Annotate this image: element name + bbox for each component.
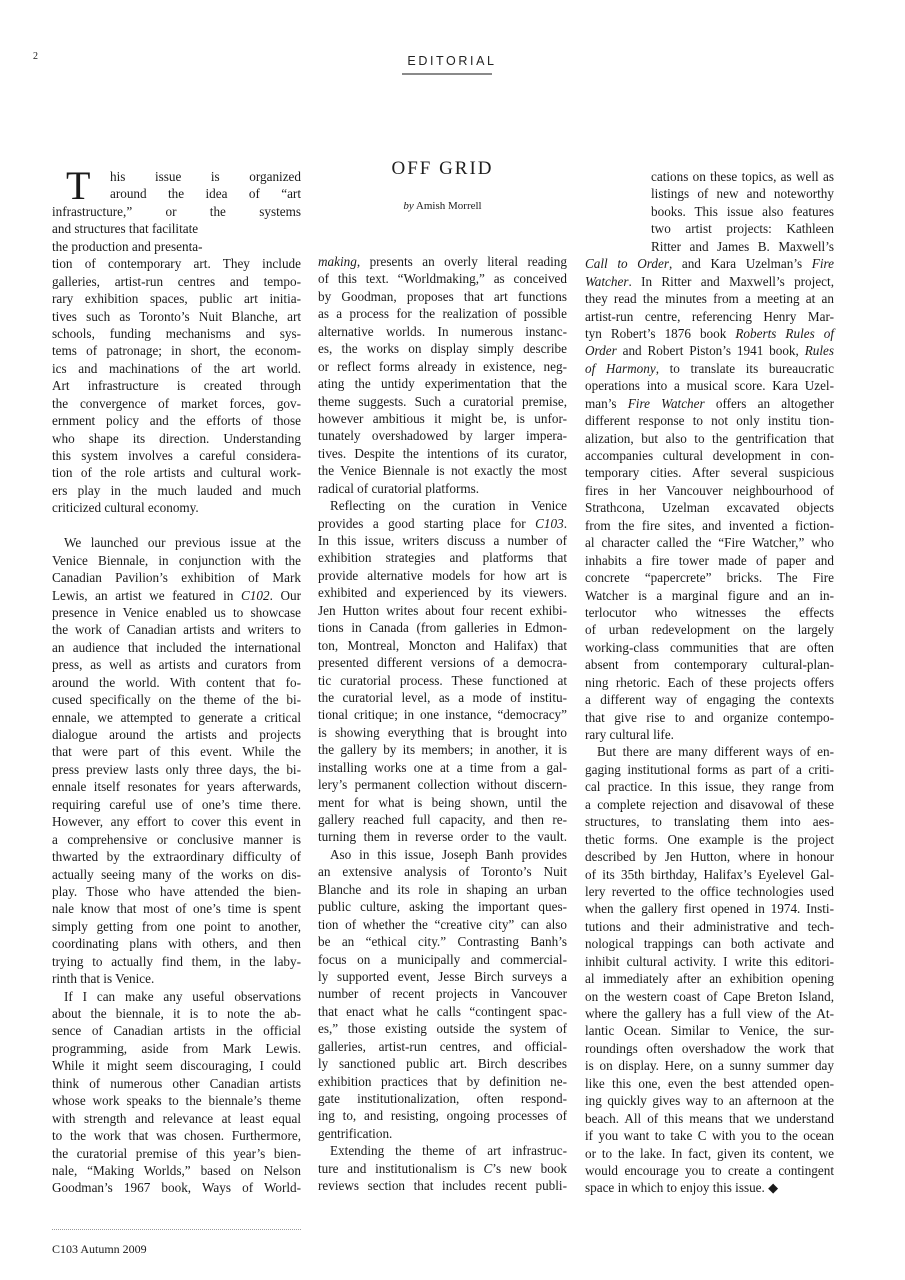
text-line: they read the minutes from a meeting at … [585, 290, 834, 307]
text-line: Ritter and James B. Maxwell’s [585, 238, 834, 255]
text-line: alization, but also to the gentrificatio… [585, 430, 834, 447]
text-line: different response to not only institu t… [585, 412, 834, 429]
text-line: listings of new and noteworthy [585, 185, 834, 202]
text-line: rary exhibition spaces, public art initi… [52, 290, 301, 307]
text-line: concrete “papercrete” bricks. The Fire [585, 569, 834, 586]
text-line: if you want to take C with you to the oc… [585, 1127, 834, 1144]
text-line: ment for what is being shown, until the [318, 794, 567, 811]
text-line: infrastructure,” or the systems [52, 203, 301, 220]
text-line: ton, Montreal, Moncton and Halifax) that [318, 637, 567, 654]
text-line: fires in her Vancouver neighbourhood of [585, 482, 834, 499]
text-line: to the work that was chosen. Furthermore… [52, 1127, 301, 1144]
text-line: think of numerous other Canadian artists [52, 1075, 301, 1092]
text-line: when the gallery first opened in 1974. I… [585, 900, 834, 917]
text-line: around the world. With content that fo- [52, 674, 301, 691]
text-line: gaging institutional forms as part of a … [585, 761, 834, 778]
text-line: the Venice Biennale is not exactly the m… [318, 462, 567, 479]
text-line: temporary cities. After several suspicio… [585, 464, 834, 481]
text-line: tives such as Toronto’s Nuit Blanche, ar… [52, 308, 301, 325]
text-line: Goodman’s 1967 book, Ways of World- [52, 1179, 301, 1196]
text-line: tion of the role artists and cultural wo… [52, 464, 301, 481]
text-line: press preview lasts only three days, the… [52, 761, 301, 778]
text-line: as a process for the realization of poss… [318, 305, 567, 322]
text-line: provides a good starting place for C103. [318, 515, 567, 532]
text-line: gallery reached full capacity, and then … [318, 811, 567, 828]
text-line: artist-run centre, referencing Henry Mar… [585, 308, 834, 325]
text-line: press, as well as artists and curators f… [52, 656, 301, 673]
text-line: play. Those who have attended the bien- [52, 883, 301, 900]
text-line: this system involves a careful considera… [52, 447, 301, 464]
text-line: gate institutionalization, often respond… [318, 1090, 567, 1107]
text-line: al immediately after an exhibition openi… [585, 970, 834, 987]
text-line: the production and presenta- [52, 238, 301, 255]
text-line: nological trappings can both activate an… [585, 935, 834, 952]
text-line: alternative worlds. In numerous instanc- [318, 323, 567, 340]
text-line: sence of Canadian artists in the officia… [52, 1022, 301, 1039]
article-column-2: making, presents an overly literal readi… [318, 253, 567, 1195]
text-line: exhibition strategies and platforms that [318, 549, 567, 566]
text-line: galleries, artist-run centres, and offic… [318, 1038, 567, 1055]
text-line: nale know that most of one’s time is spe… [52, 900, 301, 917]
text-line: tic curatorial process. These functioned… [318, 672, 567, 689]
text-line: absent from contemporary cultural-plan- [585, 656, 834, 673]
text-line: turning them in reverse order to the vau… [318, 828, 567, 845]
text-line: tems of patronage; in short, the econom- [52, 342, 301, 359]
article-column-1: his issue is organizedaround the idea of… [52, 168, 301, 1197]
text-line: or to the lake. In fact, given its conte… [585, 1145, 834, 1162]
text-line: structures, to translating them into aes… [585, 813, 834, 830]
text-line: the convergence of market forces, gov- [52, 395, 301, 412]
text-line: public culture, asking the important que… [318, 898, 567, 915]
text-line: trying to actually find them, in the lab… [52, 953, 301, 970]
text-line: provide alternative models for how art i… [318, 567, 567, 584]
text-line: tyn Robert’s 1876 book Roberts Rules of [585, 325, 834, 342]
text-line: ating the untidy experimentation that th… [318, 375, 567, 392]
text-line: But there are many different ways of en- [585, 743, 834, 760]
text-line: operations into a musical score. Kara Uz… [585, 377, 834, 394]
text-line: tion of whether the “creative city” can … [318, 916, 567, 933]
author-name: Amish Morrell [416, 200, 482, 212]
text-line [52, 517, 301, 534]
text-line: inhibit cultural activity. I write this … [585, 953, 834, 970]
text-line: ics and machinations of the art world. [52, 360, 301, 377]
text-line: accompanies cultural development in con- [585, 447, 834, 464]
text-line: ly supported event, Jesse Birch surveys … [318, 968, 567, 985]
text-line: actually seeing many of the works on dis… [52, 866, 301, 883]
text-line: ning rhetoric. Each of these projects of… [585, 674, 834, 691]
text-line: Order and Robert Piston’s 1941 book, Rul… [585, 342, 834, 359]
text-line: where the gallery has a full view of the… [585, 1005, 834, 1022]
text-line: lantic Ocean. Similar to Venice, the sur… [585, 1022, 834, 1039]
text-line: requiring careful use of one’s time ther… [52, 796, 301, 813]
text-line: is showing everything that is brought in… [318, 724, 567, 741]
text-line: number of recent projects in Vancouver [318, 985, 567, 1002]
text-line: Art infrastructure is created through [52, 377, 301, 394]
text-line: radical of curatorial platforms. [318, 480, 567, 497]
text-line: ly sanctioned public art. Birch describe… [318, 1055, 567, 1072]
text-line: that were part of this event. While the [52, 743, 301, 760]
text-line: rinth that is Venice. [52, 970, 301, 987]
text-line: simply getting from one point to another… [52, 918, 301, 935]
byline-prefix: by [403, 200, 413, 212]
text-line: Blanche and its role in shaping an urban [318, 881, 567, 898]
text-line: Watcher. In Ritter and Maxwell’s project… [585, 273, 834, 290]
text-line: exhibited and experienced by its viewers… [318, 584, 567, 601]
text-line: Lewis, an artist we featured in C102. Ou… [52, 587, 301, 604]
text-line: cal practice. In this issue, they range … [585, 778, 834, 795]
text-line: Watcher is a marginal figure and an in- [585, 587, 834, 604]
text-line: cused specifically on the theme of the b… [52, 691, 301, 708]
text-line: however ambitious it might be, is unfor- [318, 410, 567, 427]
text-line: the gallery by its members; in another, … [318, 741, 567, 758]
text-line: exhibition practices that by definition … [318, 1073, 567, 1090]
text-line: a complete rejection and disavowal of th… [585, 796, 834, 813]
text-line: a different way of engaging the contexts [585, 691, 834, 708]
text-line: We launched our previous issue at the [52, 534, 301, 551]
text-line: dialogue around the artists and projects [52, 726, 301, 743]
text-line: ing quickly gives way to an afternoon at… [585, 1092, 834, 1109]
text-line: Call to Order, and Kara Uzelman’s Fire [585, 255, 834, 272]
text-line: or reflect forms already in existence, n… [318, 358, 567, 375]
text-line: nale, “Making Worlds,” based on Nelson [52, 1162, 301, 1179]
text-line: es,” those existing outside the system o… [318, 1020, 567, 1037]
text-line: an extensive analysis of Toronto’s Nuit [318, 863, 567, 880]
text-line: ennale itself resonates for years afterw… [52, 778, 301, 795]
text-line: cations on these topics, as well as [585, 168, 834, 185]
text-line: a comprehensive or conclusive manner is [52, 831, 301, 848]
text-line: ernment policy and the efforts of those [52, 412, 301, 429]
text-line: theme suggests. Such a curatorial premis… [318, 393, 567, 410]
text-line: from the fire sites, and invented a fict… [585, 517, 834, 534]
text-line: on the western coast of Cape Breton Isla… [585, 988, 834, 1005]
text-line: beach. All of this means that we underst… [585, 1110, 834, 1127]
text-line: presence in Venice enabled us to showcas… [52, 604, 301, 621]
text-line: is on display. Here, on a sunny summer d… [585, 1057, 834, 1074]
text-line: by Goodman, proposes that art functions [318, 288, 567, 305]
text-line: like this one, even the best attended op… [585, 1075, 834, 1092]
text-line: While it might seem discouraging, I coul… [52, 1057, 301, 1074]
section-header: EDITORIAL [352, 54, 552, 68]
text-line: roundings often overshadow the work that [585, 1040, 834, 1057]
text-line: Extending the theme of art infrastruc- [318, 1142, 567, 1159]
text-line: the curatorial premise of this year’s bi… [52, 1145, 301, 1162]
text-line: of its 35th birthday, Halifax’s Eyelevel… [585, 866, 834, 883]
text-line: his issue is organized [52, 168, 301, 185]
text-line: around the idea of “art [52, 185, 301, 202]
text-line: ers play in the much lauded and much [52, 482, 301, 499]
text-line: coordinating plans with others, and then [52, 935, 301, 952]
text-line: with strength and relevance at least equ… [52, 1110, 301, 1127]
issue-footer: C103 Autumn 2009 [52, 1242, 147, 1257]
text-line: If I can make any useful observations [52, 988, 301, 1005]
text-line: focus on a municipally and commercial- [318, 951, 567, 968]
text-line: galleries, artist-run centres and tempo- [52, 273, 301, 290]
page-number: 2 [33, 51, 38, 62]
text-line: Reflecting on the curation in Venice [318, 497, 567, 514]
text-line: tives. Despite the intentions of its cur… [318, 445, 567, 462]
text-line: al character called the “Fire Watcher,” … [585, 534, 834, 551]
text-line: es, the works on display simply describe [318, 340, 567, 357]
text-line: thwarted by the extraordinary difficulty… [52, 848, 301, 865]
text-line: ing to, and resisting, ongoing processes… [318, 1107, 567, 1124]
text-line: gentrification. [318, 1125, 567, 1142]
text-line: two artist projects: Kathleen [585, 220, 834, 237]
text-line: ennale, we attempted to generate a criti… [52, 709, 301, 726]
text-line: Aso in this issue, Joseph Banh provides [318, 846, 567, 863]
text-line: rary cultural life. [585, 726, 834, 743]
text-line: programming, aside from Mark Lewis. [52, 1040, 301, 1057]
text-line: However, any effort to cover this event … [52, 813, 301, 830]
text-line: ture and institutionalism is C’s new boo… [318, 1160, 567, 1177]
text-line: tions in Canada (from galleries in Edmon… [318, 619, 567, 636]
text-line: schools, funding mechanisms and sys- [52, 325, 301, 342]
text-line: of this text. “Worldmaking,” as conceive… [318, 270, 567, 287]
text-line: In this issue, writers discuss a number … [318, 532, 567, 549]
text-line: the work of Canadian artists and writers… [52, 621, 301, 638]
text-line: that enact what he calls “contingent spa… [318, 1003, 567, 1020]
text-line: Venice Biennale, in conjunction with the [52, 552, 301, 569]
text-line: tional critique; in one instance, “democ… [318, 706, 567, 723]
text-line: presented different versions of a democr… [318, 654, 567, 671]
text-line: Canadian Pavilion’s exhibition of Mark [52, 569, 301, 586]
text-line: the curatorial level, as a mode of insti… [318, 689, 567, 706]
text-line: working-class communities that are often [585, 639, 834, 656]
text-line: would encourage you to create a continge… [585, 1162, 834, 1179]
text-line: man’s Fire Watcher offers an altogether [585, 395, 834, 412]
text-line: who shape its direction. Understanding [52, 430, 301, 447]
footer-divider [52, 1229, 301, 1230]
text-line: tutions and their administrative and tec… [585, 918, 834, 935]
text-line: reviews section that includes recent pub… [318, 1177, 567, 1194]
byline: by Amish Morrell [318, 200, 567, 212]
text-line: that give rise to and organize contempo- [585, 709, 834, 726]
text-line: making, presents an overly literal readi… [318, 253, 567, 270]
article-column-3: cations on these topics, as well aslisti… [585, 168, 834, 1197]
text-line: books. This issue also features [585, 203, 834, 220]
text-line: Jen Hutton writes about four recent exhi… [318, 602, 567, 619]
text-line: about the biennale, it is to note the ab… [52, 1005, 301, 1022]
text-line: of urban redevelopment on the largely [585, 621, 834, 638]
text-line: lery reverted to the office technologies… [585, 883, 834, 900]
text-line: whose work speaks to the biennale’s them… [52, 1092, 301, 1109]
text-line: space in which to enjoy this issue. ◆ [585, 1179, 834, 1196]
text-line: terlocutor who witnesses the effects [585, 604, 834, 621]
text-line: criticized cultural economy. [52, 499, 301, 516]
article-title: OFF GRID [318, 158, 567, 180]
text-line: inhabits a fire tower made of paper and [585, 552, 834, 569]
section-underline [402, 73, 492, 75]
text-line: be an “ethical city.” Contrasting Banh’s [318, 933, 567, 950]
text-line: and structures that facilitate [52, 220, 301, 237]
text-line: an audience that included the internatio… [52, 639, 301, 656]
text-line: of Harmony, to translate its bureaucrati… [585, 360, 834, 377]
text-line: Strathcona, Uzelman excavated objects [585, 499, 834, 516]
text-line: lery’s permanent collection without disc… [318, 776, 567, 793]
text-line: tion of contemporary art. They include [52, 255, 301, 272]
text-line: thetic forms. One example is the project [585, 831, 834, 848]
text-line: installing works one at a time from a ga… [318, 759, 567, 776]
text-line: tunately overshadowed by larger impera- [318, 427, 567, 444]
text-line: described by Jen Hutton, where in honour [585, 848, 834, 865]
